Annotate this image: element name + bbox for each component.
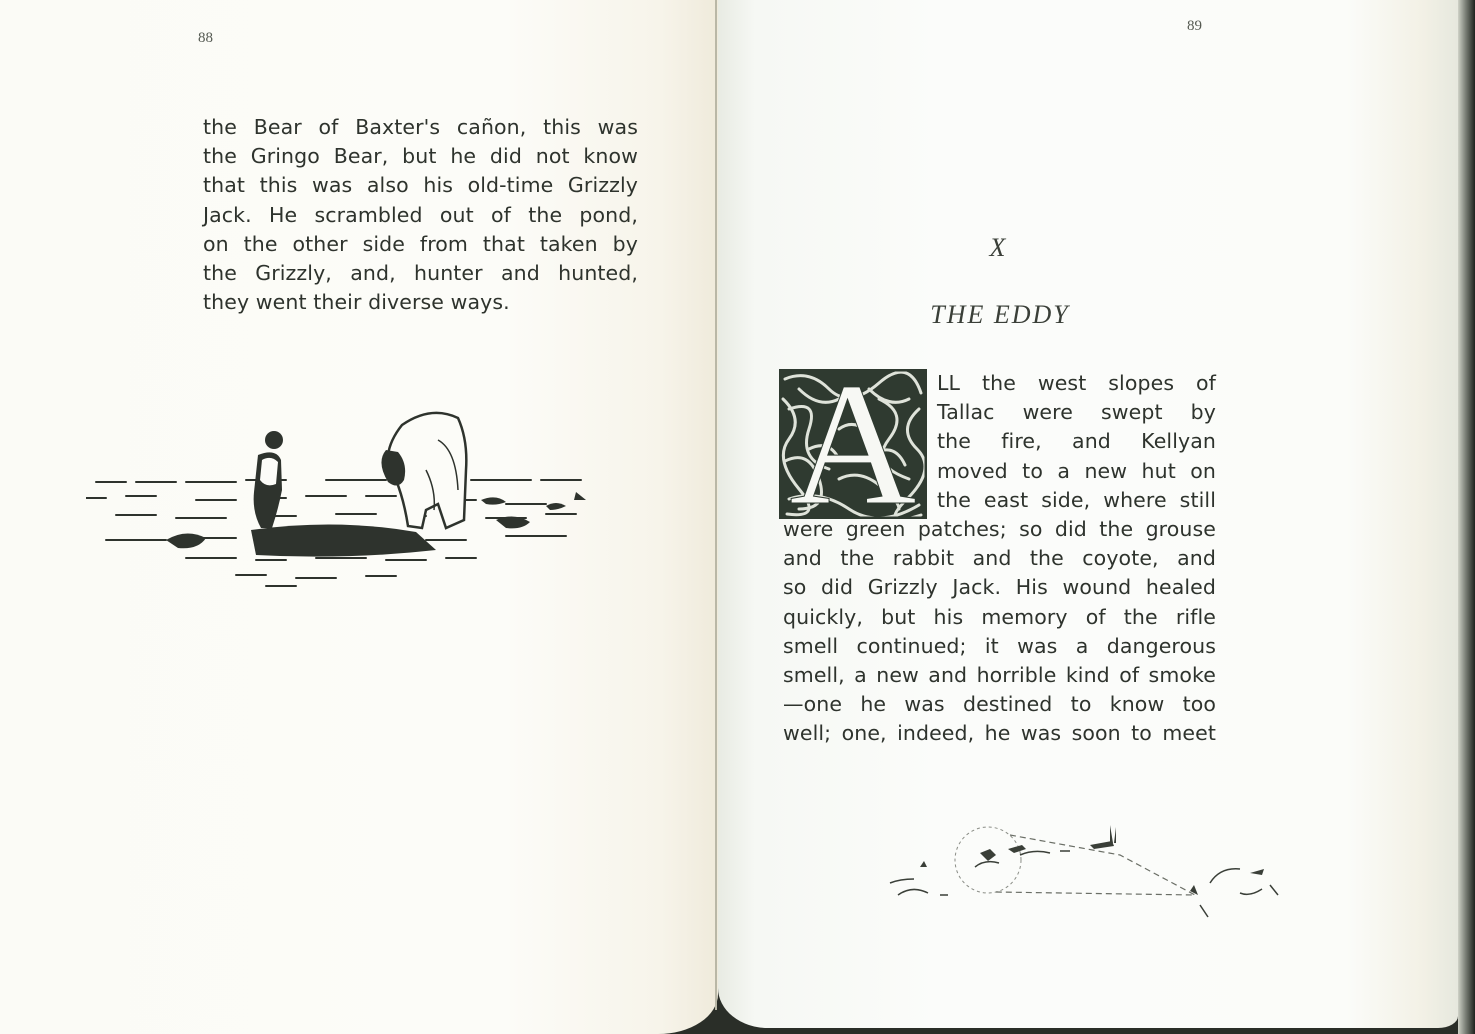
text-line: were green patches; so did the grouse — [783, 515, 1216, 544]
text-line: smell, a new and horrible kind of smoke — [783, 661, 1216, 690]
text-line: and the rabbit and the coyote, and — [783, 544, 1216, 573]
paragraph-continued: were green patches; so did the grouse an… — [783, 515, 1216, 749]
left-page-paragraph: the Bear of Baxter's cañon, this was the… — [203, 113, 638, 317]
page-number-right: 89 — [1187, 18, 1202, 35]
text-line: that this was also his old-time Grizzly — [203, 171, 638, 200]
text-line: on the other side from that taken by — [203, 230, 638, 259]
text-line: the east side, where still — [937, 486, 1216, 515]
text-line: moved to a new hut on — [937, 457, 1216, 486]
open-book-spread: 88 the Bear of Baxter's cañon, this was … — [0, 0, 1475, 1034]
hunter-and-bear-illustration — [86, 400, 596, 590]
text-line: they went their diverse ways. — [203, 288, 638, 317]
decorative-drop-cap: A — [779, 369, 927, 519]
text-line: the Grizzly, and, hunter and hunted, — [203, 259, 638, 288]
text-line: well; one, indeed, he was soon to meet — [783, 719, 1216, 748]
page-number-left: 88 — [198, 30, 213, 47]
text-line: LL the west slopes of — [937, 369, 1216, 398]
text-line: —one he was destined to know too — [783, 690, 1216, 719]
chapter-title: THE EDDY — [880, 300, 1120, 330]
text-line: smell continued; it was a dangerous — [783, 632, 1216, 661]
text-line: the fire, and Kellyan — [937, 427, 1216, 456]
book-gutter — [715, 0, 717, 1010]
paragraph-beside-drop-cap: LL the west slopes of Tallac were swept … — [937, 369, 1216, 515]
text-line: so did Grizzly Jack. His wound healed — [783, 573, 1216, 602]
text-line: quickly, but his memory of the rifle — [783, 603, 1216, 632]
page-edge-shadow — [1458, 0, 1475, 1034]
text-line: the Gringo Bear, but he did not know — [203, 142, 638, 171]
text-line: the Bear of Baxter's cañon, this was — [203, 113, 638, 142]
chapter-number: X — [960, 233, 1035, 263]
text-line: Tallac were swept by — [937, 398, 1216, 427]
drop-cap-letter: A — [779, 369, 927, 519]
rabbits-sketch-illustration — [880, 815, 1290, 935]
text-line: Jack. He scrambled out of the pond, — [203, 201, 638, 230]
